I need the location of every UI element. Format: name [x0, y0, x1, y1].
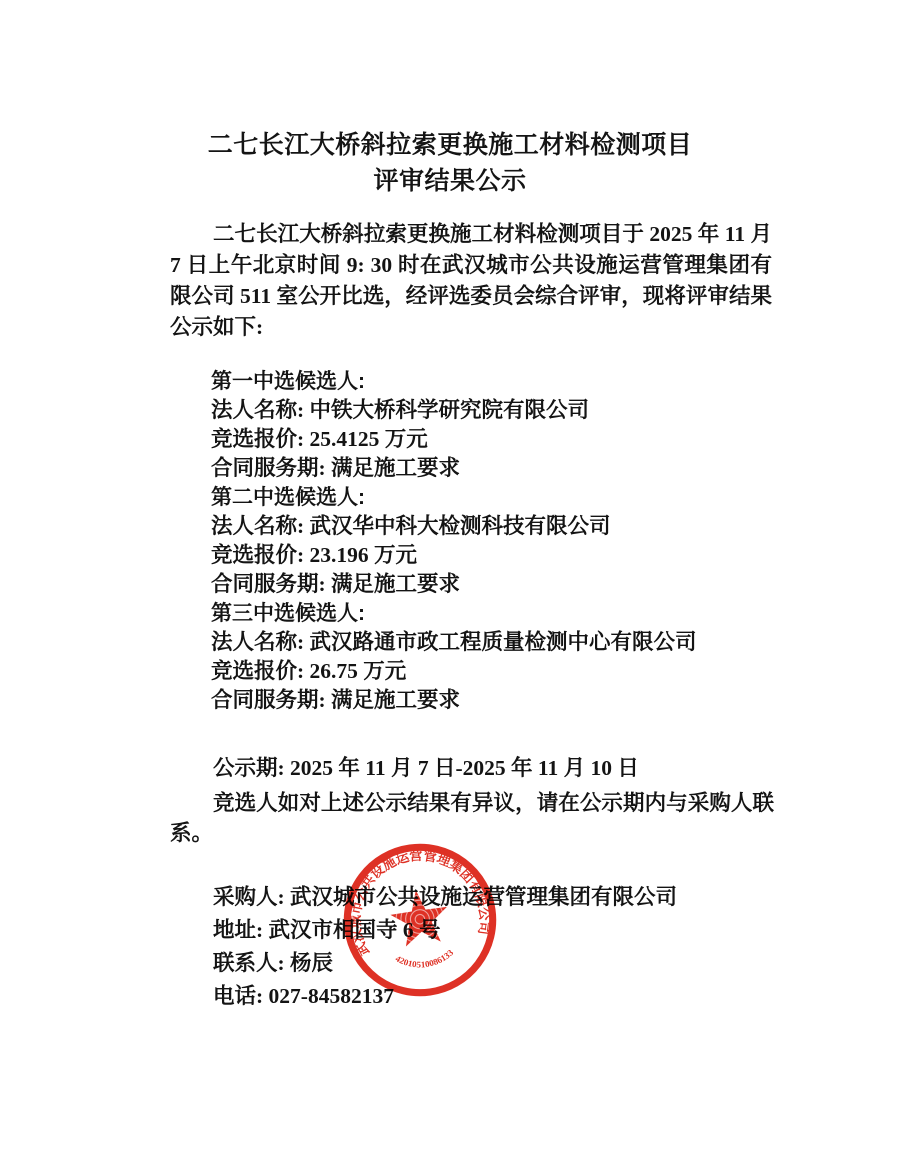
bid-price-label: 竞选报价:	[211, 543, 310, 567]
address-label: 地址:	[213, 918, 269, 942]
address-line: 地址: 武汉市相国寺 6 号	[213, 914, 813, 947]
title-line-1: 二七长江大桥斜拉索更换施工材料检测项目	[0, 128, 900, 164]
document-page: 二七长江大桥斜拉索更换施工材料检测项目 评审结果公示 二七长江大桥斜拉索更换施工…	[0, 0, 900, 1165]
candidate-2-bid-price: 竞选报价: 23.196 万元	[211, 541, 776, 570]
service-term-value: 满足施工要求	[331, 456, 460, 480]
candidate-3-rank-heading: 第三中选候选人:	[211, 599, 776, 628]
bid-price-value: 23.196 万元	[310, 543, 418, 567]
notice-section: 公示期: 2025 年 11 月 7 日-2025 年 11 月 10 日 竞选…	[170, 753, 774, 853]
candidates-section: 第一中选候选人: 法人名称: 中铁大桥科学研究院有限公司 竞选报价: 25.41…	[211, 367, 776, 715]
legal-name-value: 武汉路通市政工程质量检测中心有限公司	[310, 630, 697, 654]
purchaser-line: 采购人: 武汉城市公共设施运营管理集团有限公司	[213, 881, 813, 914]
bid-price-label: 竞选报价:	[211, 427, 310, 451]
candidate-2-legal-name: 法人名称: 武汉华中科大检测科技有限公司	[211, 512, 776, 541]
phone-line: 电话: 027-84582137	[213, 980, 813, 1013]
contact-person-label: 联系人:	[213, 951, 290, 975]
title-line-2: 评审结果公示	[0, 164, 900, 200]
legal-name-label: 法人名称:	[211, 514, 310, 538]
candidate-1-rank-heading: 第一中选候选人:	[211, 367, 776, 396]
candidate-1-bid-price: 竞选报价: 25.4125 万元	[211, 425, 776, 454]
bid-price-value: 26.75 万元	[310, 659, 407, 683]
contact-section: 采购人: 武汉城市公共设施运营管理集团有限公司 地址: 武汉市相国寺 6 号 联…	[213, 881, 813, 1013]
service-term-label: 合同服务期:	[211, 572, 331, 596]
contact-person-value: 杨辰	[290, 951, 333, 975]
service-term-value: 满足施工要求	[331, 688, 460, 712]
legal-name-value: 武汉华中科大检测科技有限公司	[310, 514, 611, 538]
legal-name-value: 中铁大桥科学研究院有限公司	[310, 398, 590, 422]
document-title: 二七长江大桥斜拉索更换施工材料检测项目 评审结果公示	[0, 128, 900, 200]
objection-statement: 竞选人如对上述公示结果有异议，请在公示期内与采购人联系。	[170, 788, 774, 848]
bid-price-label: 竞选报价:	[211, 659, 310, 683]
service-term-label: 合同服务期:	[211, 456, 331, 480]
candidate-1-legal-name: 法人名称: 中铁大桥科学研究院有限公司	[211, 396, 776, 425]
purchaser-value: 武汉城市公共设施运营管理集团有限公司	[290, 885, 677, 909]
service-term-value: 满足施工要求	[331, 572, 460, 596]
purchaser-label: 采购人:	[213, 885, 290, 909]
candidate-1-service-term: 合同服务期: 满足施工要求	[211, 454, 776, 483]
legal-name-label: 法人名称:	[211, 398, 310, 422]
contact-person-line: 联系人: 杨辰	[213, 947, 813, 980]
address-value: 武汉市相国寺 6 号	[269, 918, 441, 942]
candidate-3-bid-price: 竞选报价: 26.75 万元	[211, 657, 776, 686]
legal-name-label: 法人名称:	[211, 630, 310, 654]
service-term-label: 合同服务期:	[211, 688, 331, 712]
candidate-2-service-term: 合同服务期: 满足施工要求	[211, 570, 776, 599]
phone-label: 电话:	[213, 984, 269, 1008]
notice-period: 公示期: 2025 年 11 月 7 日-2025 年 11 月 10 日	[170, 753, 774, 783]
phone-value: 027-84582137	[269, 984, 394, 1008]
candidate-2-rank-heading: 第二中选候选人:	[211, 483, 776, 512]
candidate-3-service-term: 合同服务期: 满足施工要求	[211, 686, 776, 715]
candidate-3-legal-name: 法人名称: 武汉路通市政工程质量检测中心有限公司	[211, 628, 776, 657]
intro-paragraph: 二七长江大桥斜拉索更换施工材料检测项目于 2025 年 11 月 7 日上午北京…	[170, 219, 772, 343]
bid-price-value: 25.4125 万元	[310, 427, 428, 451]
